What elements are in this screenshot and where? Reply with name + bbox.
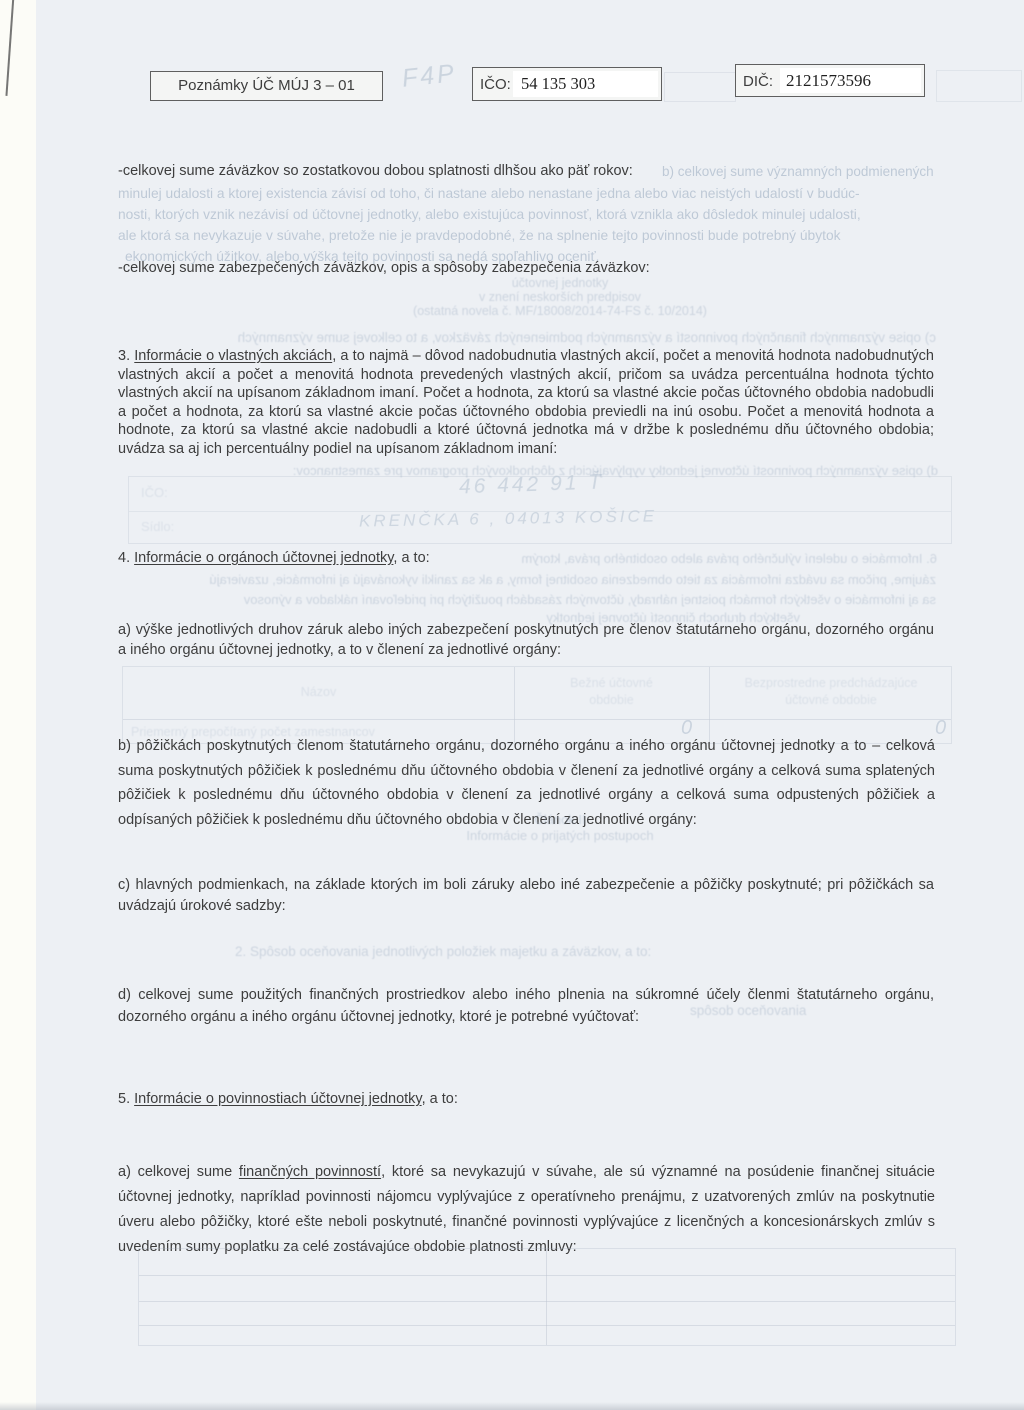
ghost-handwriting-sidlo: KRENČKA 6 , 04013 KOŠICE <box>359 506 657 531</box>
answer-table-col-divider <box>546 1249 547 1345</box>
scanned-document-page: Poznámky ÚČ MÚJ 3 – 01 F4P IČO: 54 135 3… <box>0 0 1024 1410</box>
ghost-value-predch: 0 <box>935 717 949 740</box>
item-5a-prefix: a) celkovej sume <box>118 1164 239 1180</box>
item-c-paragraph: c) hlavných podmienkach, na základe ktor… <box>118 875 934 917</box>
ghost-row-divider <box>123 719 951 720</box>
section-5-title: Informácie o povinnostiach účtovnej jedn… <box>134 1091 421 1107</box>
ico-label: IČO: <box>480 75 511 95</box>
ghost-article-title: Informácie o prijatých postupoch <box>300 828 820 843</box>
ghost-col-nazov: Názov <box>123 685 514 699</box>
dic-box: DIČ: 2121573596 <box>735 64 925 97</box>
ghost-table-nazov: Názov Bežné účtovné obdobie Bezprostredn… <box>122 666 952 744</box>
ghost-handwriting-header: F4P <box>401 59 459 94</box>
ghost-article-number: Článok II <box>300 812 820 827</box>
item-5a-underlined: finančných povinností <box>239 1164 381 1180</box>
section-4-number: 4. <box>118 550 134 566</box>
dic-value: 2121573596 <box>780 71 871 91</box>
ghost-center-3: (ostatná novela č. MF/18008/2014-74-FS č… <box>300 304 820 318</box>
scan-left-margin <box>0 0 36 1410</box>
answer-table-row-line-1 <box>139 1275 955 1276</box>
ico-box: IČO: 54 135 303 <box>472 67 662 101</box>
ghost-sidlo-label: Sídlo: <box>141 519 174 534</box>
ghost-right-d: spôsob oceňovania <box>690 1003 890 1018</box>
section-3-text: , a to najmä – dôvod nadobudnutia vlastn… <box>118 348 934 457</box>
ghost-para1-line2: nosti, ktorých vznik nezávisí od účtovne… <box>118 207 938 222</box>
ghost-center-2: v znení neskorších predpisov <box>300 290 820 304</box>
scan-bottom-shadow <box>0 1402 1024 1410</box>
section-5-heading: 5. Informácie o povinnostiach účtovnej j… <box>118 1090 618 1110</box>
ghost-box-between <box>664 72 736 102</box>
ico-value: 54 135 303 <box>513 74 595 94</box>
ghost-box-right <box>936 70 1022 102</box>
section-3-number: 3. <box>118 348 134 364</box>
section-4-title: Informácie o orgánoch účtovnej jednotky <box>134 550 393 566</box>
answer-table-row-line-2 <box>139 1301 955 1302</box>
section-3-paragraph: 3. Informácie o vlastných akciách, a to … <box>118 347 934 459</box>
answer-table-row-line-3 <box>139 1325 955 1326</box>
empty-answer-table <box>138 1248 956 1346</box>
ghost-col-predch-1: Bezprostredne predchádzajúce <box>709 676 953 690</box>
section-4-suffix: , a to: <box>393 550 429 566</box>
ghost-col-predch-2: účtovné obdobie <box>709 693 953 707</box>
ghost-mirrored-line-3: 6. Informácie o udelení výlučného práva … <box>482 551 937 566</box>
item-a-paragraph: a) výške jednotlivých druhov záruk alebo… <box>118 621 934 660</box>
ghost-col-bezne-2: obdobie <box>514 693 709 707</box>
form-title: Poznámky ÚČ MÚJ 3 – 01 <box>178 76 355 96</box>
ghost-col-bezne-1: Bežné účtovné <box>514 676 709 690</box>
section-3-title: Informácie o vlastných akciách <box>134 348 332 364</box>
ghost-para1-line1: minulej udalosti a ktorej existencia záv… <box>118 186 938 201</box>
ghost-line-2: 2. Spôsob oceňovania jednotlivých položi… <box>235 944 795 959</box>
ghost-handwriting-ico: 46 442 91 Ť <box>459 470 605 499</box>
ghost-table-ico-sidlo: IČO: Sídlo: 46 442 91 Ť KRENČKA 6 , 0401… <box>128 476 952 544</box>
ghost-mirrored-line-5: sa aj informácie o všetkých formách pois… <box>118 592 936 607</box>
ghost-mirrored-line-1: c) opise významných finančných povinnost… <box>130 330 936 345</box>
form-title-box: Poznámky ÚČ MÚJ 3 – 01 <box>150 71 383 101</box>
section-5-suffix: , a to: <box>422 1091 458 1107</box>
item-5a-paragraph: a) celkovej sume finančných povinností, … <box>118 1160 935 1260</box>
ghost-mirrored-line-4: záujme, pričom sa uvádza informácia za t… <box>118 572 936 587</box>
ghost-ico-label: IČO: <box>141 485 168 500</box>
dic-label: DIČ: <box>743 72 773 92</box>
section-5-number: 5. <box>118 1091 134 1107</box>
ghost-center-1: účtovnej jednotky <box>300 276 820 290</box>
ghost-para1-line3: ale ktorá sa nevykazuje v súvahe, pretož… <box>118 228 938 243</box>
dash-item-1: -celkovej sume záväzkov so zostatkovou d… <box>118 162 678 182</box>
dic-value-field: 2121573596 <box>780 68 921 93</box>
ico-value-field: 54 135 303 <box>513 71 658 97</box>
ghost-after-dash1: b) celkovej sume významných podmienených… <box>662 164 937 179</box>
